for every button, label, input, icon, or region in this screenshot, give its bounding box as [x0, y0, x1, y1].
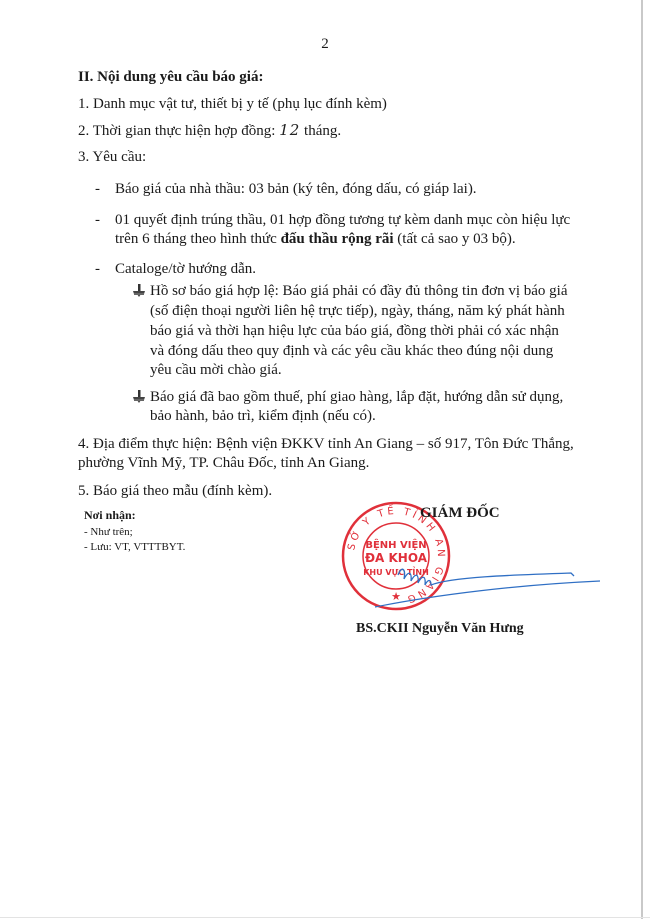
- dash-marker: -: [95, 211, 100, 230]
- page-edge-bottom: [0, 917, 650, 918]
- sub-bullet-2-line2: bảo hành, bảo trì, kiểm định (nếu có).: [150, 407, 376, 426]
- hand-down-bullet-icon: [132, 284, 146, 298]
- item-2: 2. Thời gian thực hiện hợp đồng: 12 thán…: [78, 121, 341, 141]
- requirement-3: Cataloge/tờ hướng dẫn.: [115, 260, 256, 279]
- sub-bullet-1-line1: Hồ sơ báo giá hợp lệ: Báo giá phải có đầ…: [150, 282, 567, 301]
- requirement-2-bold: đấu thầu rộng rãi: [281, 231, 394, 247]
- section-heading: II. Nội dung yêu cầu báo giá:: [78, 68, 263, 87]
- item-2-prefix: 2. Thời gian thực hiện hợp đồng:: [78, 123, 279, 139]
- item-1: 1. Danh mục vật tư, thiết bị y tế (phụ l…: [78, 95, 387, 114]
- page-edge-right: [641, 0, 643, 919]
- recipient-item: - Như trên;: [84, 525, 133, 539]
- sub-bullet-1-line2: (số điện thoại người liên hệ trực tiếp),…: [150, 302, 565, 321]
- requirement-1: Báo giá của nhà thầu: 03 bản (ký tên, đó…: [115, 180, 477, 199]
- item-3: 3. Yêu cầu:: [78, 148, 146, 167]
- recipient-item: - Lưu: VT, VTTTBYT.: [84, 540, 185, 554]
- requirement-2-line2: trên 6 tháng theo hình thức đấu thầu rộn…: [115, 230, 516, 249]
- dash-marker: -: [95, 180, 100, 199]
- item-2-suffix: tháng.: [300, 123, 341, 139]
- sub-bullet-1-line5: yêu cầu mời chào giá.: [150, 361, 282, 380]
- page-number: 2: [0, 36, 650, 53]
- requirement-2-line1: 01 quyết định trúng thầu, 01 hợp đồng tư…: [115, 211, 570, 230]
- sub-bullet-1-line4: và đóng dấu theo quy định và các yêu cầu…: [150, 342, 553, 361]
- contract-duration-handwritten: 12: [279, 121, 300, 139]
- sub-bullet-1-line3: báo giá và thời hạn hiệu lực của báo giá…: [150, 322, 559, 341]
- signatory-name: BS.CKII Nguyễn Văn Hưng: [356, 621, 524, 637]
- item-4-line2: phường Vĩnh Mỹ, TP. Châu Đốc, tỉnh An Gi…: [78, 454, 369, 473]
- requirement-2-prefix: trên 6 tháng theo hình thức: [115, 231, 281, 247]
- signature-icon: [370, 545, 600, 615]
- requirement-2-suffix: (tất cả sao y 03 bộ).: [394, 231, 516, 247]
- hand-down-bullet-icon: [132, 390, 146, 404]
- sub-bullet-2-line1: Báo giá đã bao gồm thuế, phí giao hàng, …: [150, 388, 563, 407]
- signatory-title: GIÁM ĐỐC: [420, 505, 500, 522]
- item-5: 5. Báo giá theo mẫu (đính kèm).: [78, 482, 272, 501]
- recipients-title: Nơi nhận:: [84, 508, 136, 523]
- item-4-line1: 4. Địa điểm thực hiện: Bệnh viện ĐKKV tỉ…: [78, 435, 574, 454]
- dash-marker: -: [95, 260, 100, 279]
